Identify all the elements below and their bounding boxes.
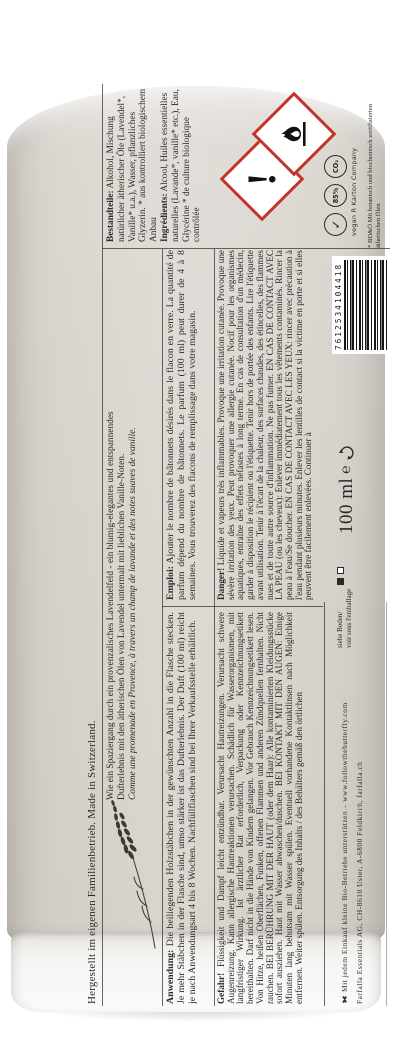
disposal-square-light-icon	[337, 567, 344, 574]
hazard-fr-body: Liquide et vapeurs très inflammables. Pr…	[217, 250, 313, 600]
made-in-text: Hergestellt im eigenen Familienbetrieb. …	[86, 664, 98, 1004]
intro-line-de-2: Dufterlebnis mit den ätherischen Ölen vo…	[117, 340, 128, 800]
usage-de-lead: Anwendung:	[166, 950, 176, 1004]
product-label: Hergestellt im eigenen Familienbetrieb. …	[86, 84, 390, 1006]
intro-paragraph: Wie ein Spaziergang durch ein provenzali…	[106, 340, 139, 800]
usage-de-body: Die beiliegenden Holzstäbchen in der gew…	[166, 612, 198, 1004]
volume-block: 100 ml ℮	[336, 445, 358, 534]
divider-footer	[324, 602, 325, 1006]
certification-badges: ✓ 85% CO₂	[324, 155, 347, 236]
divider-usage-hazard	[214, 249, 215, 1006]
promo-text: Mit jedem Einkauf kleine Bio-Betriebe un…	[340, 702, 349, 992]
estimated-sign: ℮	[339, 465, 355, 473]
lavender-sprig-illustration	[104, 790, 158, 952]
intro-line-de-1: Wie ein Spaziergang durch ein provenzali…	[106, 340, 117, 800]
flame-icon	[278, 119, 310, 149]
disposal-square-dark-icon	[337, 578, 344, 585]
butterfly-icon	[340, 995, 349, 1004]
hazard-de-lead: Gefahr!	[217, 973, 226, 1004]
recycled-85-icon: 85%	[324, 184, 347, 207]
usage-paragraph-fr: Emploi: Ajouter le nombre de bâtonnets d…	[166, 250, 199, 600]
footer-promo-line: Mit jedem Einkauf kleine Bio-Betriebe un…	[340, 600, 349, 1004]
divider-right-section	[102, 248, 390, 249]
volume-amount: 100 ml	[336, 478, 358, 534]
usage-paragraph-de: Anwendung: Die beiliegenden Holzstäbchen…	[166, 612, 199, 1004]
divider-de-fr	[162, 606, 323, 607]
footer-company-line: Farfalla Essentials AG, CH-8610 Uster, A…	[355, 600, 364, 1004]
ingredients-fr-lead: Ingrédients:	[160, 193, 170, 242]
barcode-bars	[344, 260, 387, 350]
footnote-text: * BD&Ö Mit botanisch und biochemisch zer…	[367, 82, 383, 248]
barcode-digits: 7612534104418	[334, 260, 343, 350]
co2-icon: CO₂	[324, 155, 347, 178]
hazard-de-body: Flüssigkeit und Dampf leicht entzündbar.…	[217, 612, 304, 1004]
intro-line-fr: Comme une promenade en Provence, à trave…	[128, 340, 139, 800]
divider-intro-bottom	[162, 249, 163, 1006]
ingredients-fr: Ingrédients: Alcool, Huiles essentielles…	[160, 84, 203, 242]
badges-caption: vegan R Karton Company	[350, 126, 358, 236]
divider-label-edge	[386, 602, 387, 1006]
vegan-check-icon: ✓	[324, 213, 347, 236]
divider-top	[102, 84, 103, 1006]
hazard-fr-lead: Danger!	[217, 568, 226, 600]
hazard-paragraph-de: Gefahr! Flüssigkeit und Dampf leicht ent…	[217, 612, 304, 1004]
ingredients-de: Bestandteile: Alkohol, Mischung natürlic…	[106, 84, 160, 242]
hazard-paragraph-fr: Danger! Liquide et vapeurs très inflamma…	[217, 250, 314, 600]
ingredients-de-lead: Bestandteile:	[106, 190, 116, 242]
usage-fr-body: Ajouter le nombre de bâtonnets désirés d…	[166, 250, 198, 600]
barcode: 7612534104418	[332, 256, 390, 354]
recycle-icon	[339, 445, 355, 461]
usage-fr-lead: Emploi:	[166, 566, 176, 600]
exclamation-icon: !	[242, 172, 282, 185]
